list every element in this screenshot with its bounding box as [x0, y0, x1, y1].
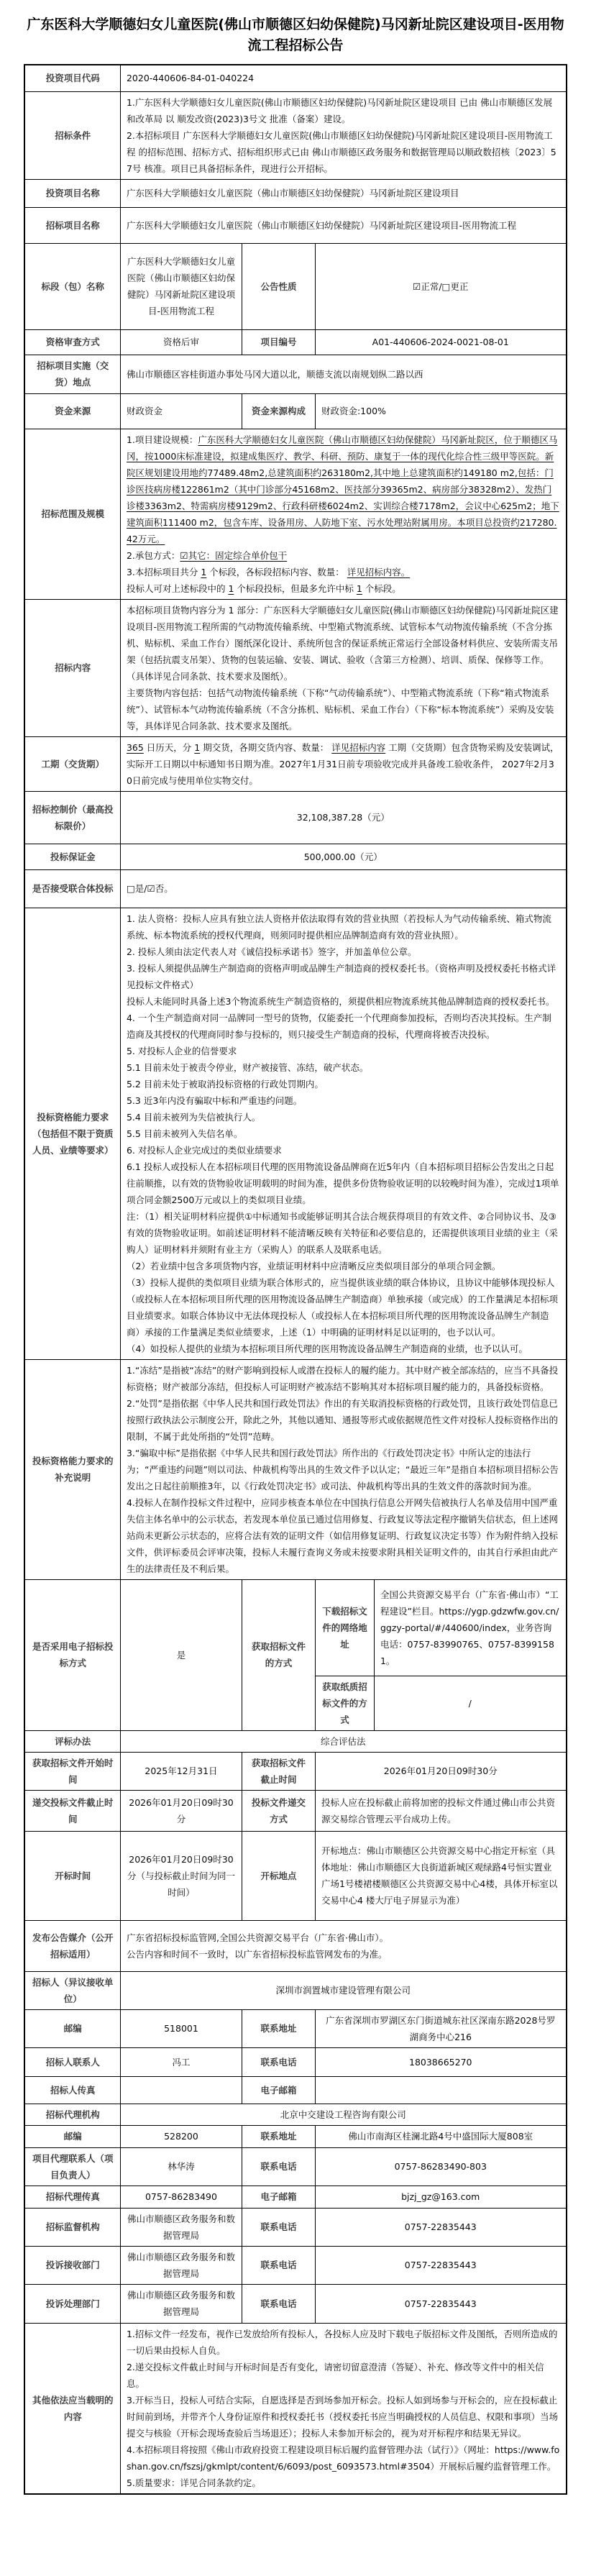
field-label: 联系地址 [242, 2009, 315, 2047]
field-label: 电子邮箱 [242, 2076, 315, 2104]
field-label: 招标条件 [24, 91, 120, 179]
field-label: 是否接受联合体投标 [24, 869, 120, 908]
field-value: 本招标项目货物内容分为 1 部分：广东医科大学顺德妇女儿童医院(佛山市顺德区妇幼… [120, 599, 566, 736]
field-label: 招标人（异议接收单位） [24, 1971, 120, 2009]
field-value: 财政资金:100% [315, 393, 566, 429]
table-row: 投资项目代码2020-440606-84-01-040224 [24, 65, 566, 91]
table-row: 招标代理机构北京中交建设工程咨询有限公司 [24, 2104, 566, 2125]
field-value: 广东医科大学顺德妇女儿童医院（佛山市顺德区妇幼保健院）马冈新址院区建设项目-医用… [120, 243, 242, 329]
field-label: 招标代理传真 [24, 2186, 120, 2208]
field-label: 联系电话 [242, 2284, 315, 2323]
field-label: 其他依法应当载明的内容 [24, 2323, 120, 2494]
field-value: 佛山市顺德区政务服务和数据管理局 [120, 2246, 242, 2284]
field-value: / [374, 1676, 566, 1730]
field-label: 获取招标文件开始时间 [24, 1752, 120, 1790]
field-label: 招标监督机构 [24, 2208, 120, 2246]
field-value: 财政资金 [120, 393, 242, 429]
field-label: 是否采用电子招标投标方式 [24, 1579, 120, 1730]
field-label: 招标范围及规模 [24, 429, 120, 599]
table-row: 项目代理联系人（项目负责人）林华涛联系电话0757-86283490-803 [24, 2147, 566, 2186]
table-row: 资格审查方式资格后审项目编号A01-440606-2024-0021-08-01 [24, 329, 566, 355]
table-row: 工期（交货期）365 日历天，分 1 期交货，各期交货内容、数量： 详见招标内容… [24, 736, 566, 791]
table-row: 招标内容本招标项目货物内容分为 1 部分：广东医科大学顺德妇女儿童医院(佛山市顺… [24, 599, 566, 736]
table-row: 投诉接收部门佛山市顺德区政务服务和数据管理局联系电话0757-22835443 [24, 2246, 566, 2284]
field-value: 开标地点：佛山市顺德区公共资源交易中心指定开标室（具体地址：佛山市顺德区大良街道… [315, 1831, 566, 1920]
table-row: 投标保证金500,000.00（元） [24, 844, 566, 869]
field-value: 32,108,387.28（元） [120, 791, 566, 844]
field-value: 2026年01月20日09时30分 [315, 1752, 566, 1790]
field-value: 1. 法人资格：投标人应具有独立法人资格并依法取得有效的营业执照（若投标人为气动… [120, 908, 566, 1359]
field-value: 0757-22835443 [315, 2284, 566, 2323]
field-label: 工期（交货期） [24, 736, 120, 791]
field-label: 投标保证金 [24, 844, 120, 869]
field-label: 资金来源构成 [242, 393, 315, 429]
field-value: 是 [120, 1579, 242, 1730]
field-value: A01-440606-2024-0021-08-01 [315, 329, 566, 355]
field-value: 佛山市顺德区政务服务和数据管理局 [120, 2284, 242, 2323]
field-value: 2026年01月20日09时30分 [120, 1790, 242, 1831]
field-value: 0757-22835443 [315, 2246, 566, 2284]
field-value: 广东省招标投标监管网,全国公共资源交易平台（广东省·佛山市）。公告内容和时间不一… [120, 1920, 566, 1971]
field-value: 广东医科大学顺德妇女儿童医院（佛山市顺德区妇幼保健院）马冈新址院区建设项目 [120, 179, 566, 207]
field-label: 开标时间 [24, 1831, 120, 1920]
field-value: 1.“冻结”是指被“冻结”的财产影响到投标人或潜在投标人的履约能力。其中财产被全… [120, 1359, 566, 1579]
table-row: 标段（包）名称广东医科大学顺德妇女儿童医院（佛山市顺德区妇幼保健院）马冈新址院区… [24, 243, 566, 329]
field-label: 招标内容 [24, 599, 120, 736]
field-label: 联系电话 [242, 2147, 315, 2186]
table-row: 其他依法应当载明的内容1.招标文件一经发布，视作已发放给所有投标人，各投标人应及… [24, 2323, 566, 2494]
field-label: 联系电话 [242, 2208, 315, 2246]
field-label: 获取招标文件的方式 [242, 1579, 315, 1730]
field-label: 投资项目代码 [24, 65, 120, 91]
field-value: 18038665270 [315, 2047, 566, 2076]
field-value [315, 2076, 566, 2104]
field-label: 公告性质 [242, 243, 315, 329]
field-label: 资格审查方式 [24, 329, 120, 355]
field-value: 佛山市顺德区政务服务和数据管理局 [120, 2208, 242, 2246]
field-value: 2026年01月20日09时30分（与投标截止时间为同一时间） [120, 1831, 242, 1920]
field-value: 365 日历天，分 1 期交货，各期交货内容、数量： 详见招标内容 工期（交货期… [120, 736, 566, 791]
page-title: 广东医科大学顺德妇女儿童医院(佛山市顺德区妇幼保健院)马冈新址院区建设项目-医用… [24, 14, 567, 55]
field-label: 邮编 [24, 2125, 120, 2147]
field-label: 项目代理联系人（项目负责人） [24, 2147, 120, 2186]
field-label: 评标办法 [24, 1730, 120, 1752]
field-value: 佛山市顺德区容桂街道办事处马冈大道以北，顺德支流以南规划纵二路以西 [120, 355, 566, 393]
table-row: 发布公告媒介（公开招标适用）广东省招标投标监管网,全国公共资源交易平台（广东省·… [24, 1920, 566, 1971]
field-label: 发布公告媒介（公开招标适用） [24, 1920, 120, 1971]
field-label: 投诉接收部门 [24, 2246, 120, 2284]
field-value [120, 2076, 242, 2104]
field-value: 全国公共资源交易平台（广东省·佛山市）“工程建设”栏目。https://ygp.… [374, 1579, 566, 1676]
field-label: 招标项目名称 [24, 207, 120, 243]
field-value: 0757-22835443 [315, 2208, 566, 2246]
table-row: 评标办法综合评估法 [24, 1730, 566, 1752]
field-value: 518001 [120, 2009, 242, 2047]
table-row: 递交投标文件截止时间2026年01月20日09时30分投标文件递交方式投标人应在… [24, 1790, 566, 1831]
field-value: 综合评估法 [120, 1730, 566, 1752]
field-label: 联系电话 [242, 2047, 315, 2076]
table-row: 开标时间2026年01月20日09时30分（与投标截止时间为同一时间）开标地点开… [24, 1831, 566, 1920]
field-label: 招标人传真 [24, 2076, 120, 2104]
field-label: 电子邮箱 [242, 2186, 315, 2208]
table-row: 招标人传真电子邮箱 [24, 2076, 566, 2104]
field-label: 招标代理机构 [24, 2104, 120, 2125]
table-row: 投标资格能力要求（包括但不限于资质人员、业绩等要求）1. 法人资格：投标人应具有… [24, 908, 566, 1359]
field-label: 投标文件递交方式 [242, 1790, 315, 1831]
field-value: 资格后审 [120, 329, 242, 355]
table-row: 是否接受联合体投标□是/☑否。 [24, 869, 566, 908]
field-value: 1.招标文件一经发布，视作已发放给所有投标人，各投标人应及时下载电子版招标文件及… [120, 2323, 566, 2494]
field-label: 下载招标文件的网络地址 [315, 1579, 374, 1676]
field-value: 广东省深圳市罗湖区东门街道城东社区深南东路2028号罗湖商务中心216 [315, 2009, 566, 2047]
field-label: 获取招标文件截止时间 [242, 1752, 315, 1790]
field-value: ☑正常/□更正 [315, 243, 566, 329]
field-label: 投标资格能力要求（包括但不限于资质人员、业绩等要求） [24, 908, 120, 1359]
field-label: 投标资格能力要求的补充说明 [24, 1359, 120, 1579]
table-row: 投诉处理部门佛山市顺德区政务服务和数据管理局联系电话0757-22835443 [24, 2284, 566, 2323]
field-value: 投标人应在投标截止前将加密的投标文件通过佛山市公共资源交易综合管理云平台成功上传… [315, 1790, 566, 1831]
field-label: 递交投标文件截止时间 [24, 1790, 120, 1831]
table-row: 招标条件1.广东医科大学顺德妇女儿童医院(佛山市顺德区妇幼保健院)马冈新址院区建… [24, 91, 566, 179]
field-value: 500,000.00（元） [120, 844, 566, 869]
table-row: 招标控制价（最高投标限价）32,108,387.28（元） [24, 791, 566, 844]
field-label: 获取纸质招标文件的方式 [315, 1676, 374, 1730]
table-row: 是否采用电子招标投标方式是获取招标文件的方式下载招标文件的网络地址全国公共资源交… [24, 1579, 566, 1676]
table-row: 招标人（异议接收单位）深圳市润置城市建设管理有限公司 [24, 1971, 566, 2009]
field-value: 2020-440606-84-01-040224 [120, 65, 566, 91]
table-row: 投资项目名称广东医科大学顺德妇女儿童医院（佛山市顺德区妇幼保健院）马冈新址院区建… [24, 179, 566, 207]
table-row: 邮编528200联系地址佛山市南海区桂澜北路4号中盛国际大厦808室 [24, 2125, 566, 2147]
table-row: 招标监督机构佛山市顺德区政务服务和数据管理局联系电话0757-22835443 [24, 2208, 566, 2246]
table-row: 招标人联系人冯工联系电话18038665270 [24, 2047, 566, 2076]
field-value: 2025年12月31日 [120, 1752, 242, 1790]
field-label: 开标地点 [242, 1831, 315, 1920]
table-row: 获取招标文件开始时间2025年12月31日获取招标文件截止时间2026年01月2… [24, 1752, 566, 1790]
field-value: 528200 [120, 2125, 242, 2147]
table-row: 资金来源财政资金资金来源构成财政资金:100% [24, 393, 566, 429]
table-row: 招标项目名称广东医科大学顺德妇女儿童医院（佛山市顺德区妇幼保健院）马冈新址院区建… [24, 207, 566, 243]
field-value: 广东医科大学顺德妇女儿童医院（佛山市顺德区妇幼保健院）马冈新址院区建设项目-医用… [120, 207, 566, 243]
field-label: 投诉处理部门 [24, 2284, 120, 2323]
field-value: 0757-86283490 [120, 2186, 242, 2208]
field-value: 林华涛 [120, 2147, 242, 2186]
table-row: 招标代理传真0757-86283490电子邮箱bjzj_gz@163.com [24, 2186, 566, 2208]
field-value: 1.项目建设规模：广东医科大学顺德妇女儿童医院（佛山市顺德区妇幼保健院）马冈新址… [120, 429, 566, 599]
field-label: 投资项目名称 [24, 179, 120, 207]
field-value: 北京中交建设工程咨询有限公司 [120, 2104, 566, 2125]
field-label: 招标控制价（最高投标限价） [24, 791, 120, 844]
field-label: 招标项目实施（交货）地点 [24, 355, 120, 393]
field-label: 联系电话 [242, 2246, 315, 2284]
field-label: 联系地址 [242, 2125, 315, 2147]
field-value: 佛山市南海区桂澜北路4号中盛国际大厦808室 [315, 2125, 566, 2147]
field-label: 项目编号 [242, 329, 315, 355]
field-label: 邮编 [24, 2009, 120, 2047]
table-row: 招标项目实施（交货）地点佛山市顺德区容桂街道办事处马冈大道以北，顺德支流以南规划… [24, 355, 566, 393]
tender-announcement-page: 广东医科大学顺德妇女儿童医院(佛山市顺德区妇幼保健院)马冈新址院区建设项目-医用… [0, 0, 591, 2519]
field-value: 冯工 [120, 2047, 242, 2076]
field-value: 深圳市润置城市建设管理有限公司 [120, 1971, 566, 2009]
field-label: 招标人联系人 [24, 2047, 120, 2076]
field-value: bjzj_gz@163.com [315, 2186, 566, 2208]
field-label: 资金来源 [24, 393, 120, 429]
field-value: 1.广东医科大学顺德妇女儿童医院(佛山市顺德区妇幼保健院)马冈新址院区建设项目 … [120, 91, 566, 179]
table-row: 投标资格能力要求的补充说明1.“冻结”是指被“冻结”的财产影响到投标人或潜在投标… [24, 1359, 566, 1579]
table-row: 邮编518001联系地址广东省深圳市罗湖区东门街道城东社区深南东路2028号罗湖… [24, 2009, 566, 2047]
announcement-table-body: 投资项目代码2020-440606-84-01-040224招标条件1.广东医科… [24, 65, 566, 2494]
field-value: 0757-86283490-803 [315, 2147, 566, 2186]
tender-announcement-table: 投资项目代码2020-440606-84-01-040224招标条件1.广东医科… [24, 64, 567, 2495]
field-value: □是/☑否。 [120, 869, 566, 908]
field-label: 标段（包）名称 [24, 243, 120, 329]
table-row: 招标范围及规模1.项目建设规模：广东医科大学顺德妇女儿童医院（佛山市顺德区妇幼保… [24, 429, 566, 599]
